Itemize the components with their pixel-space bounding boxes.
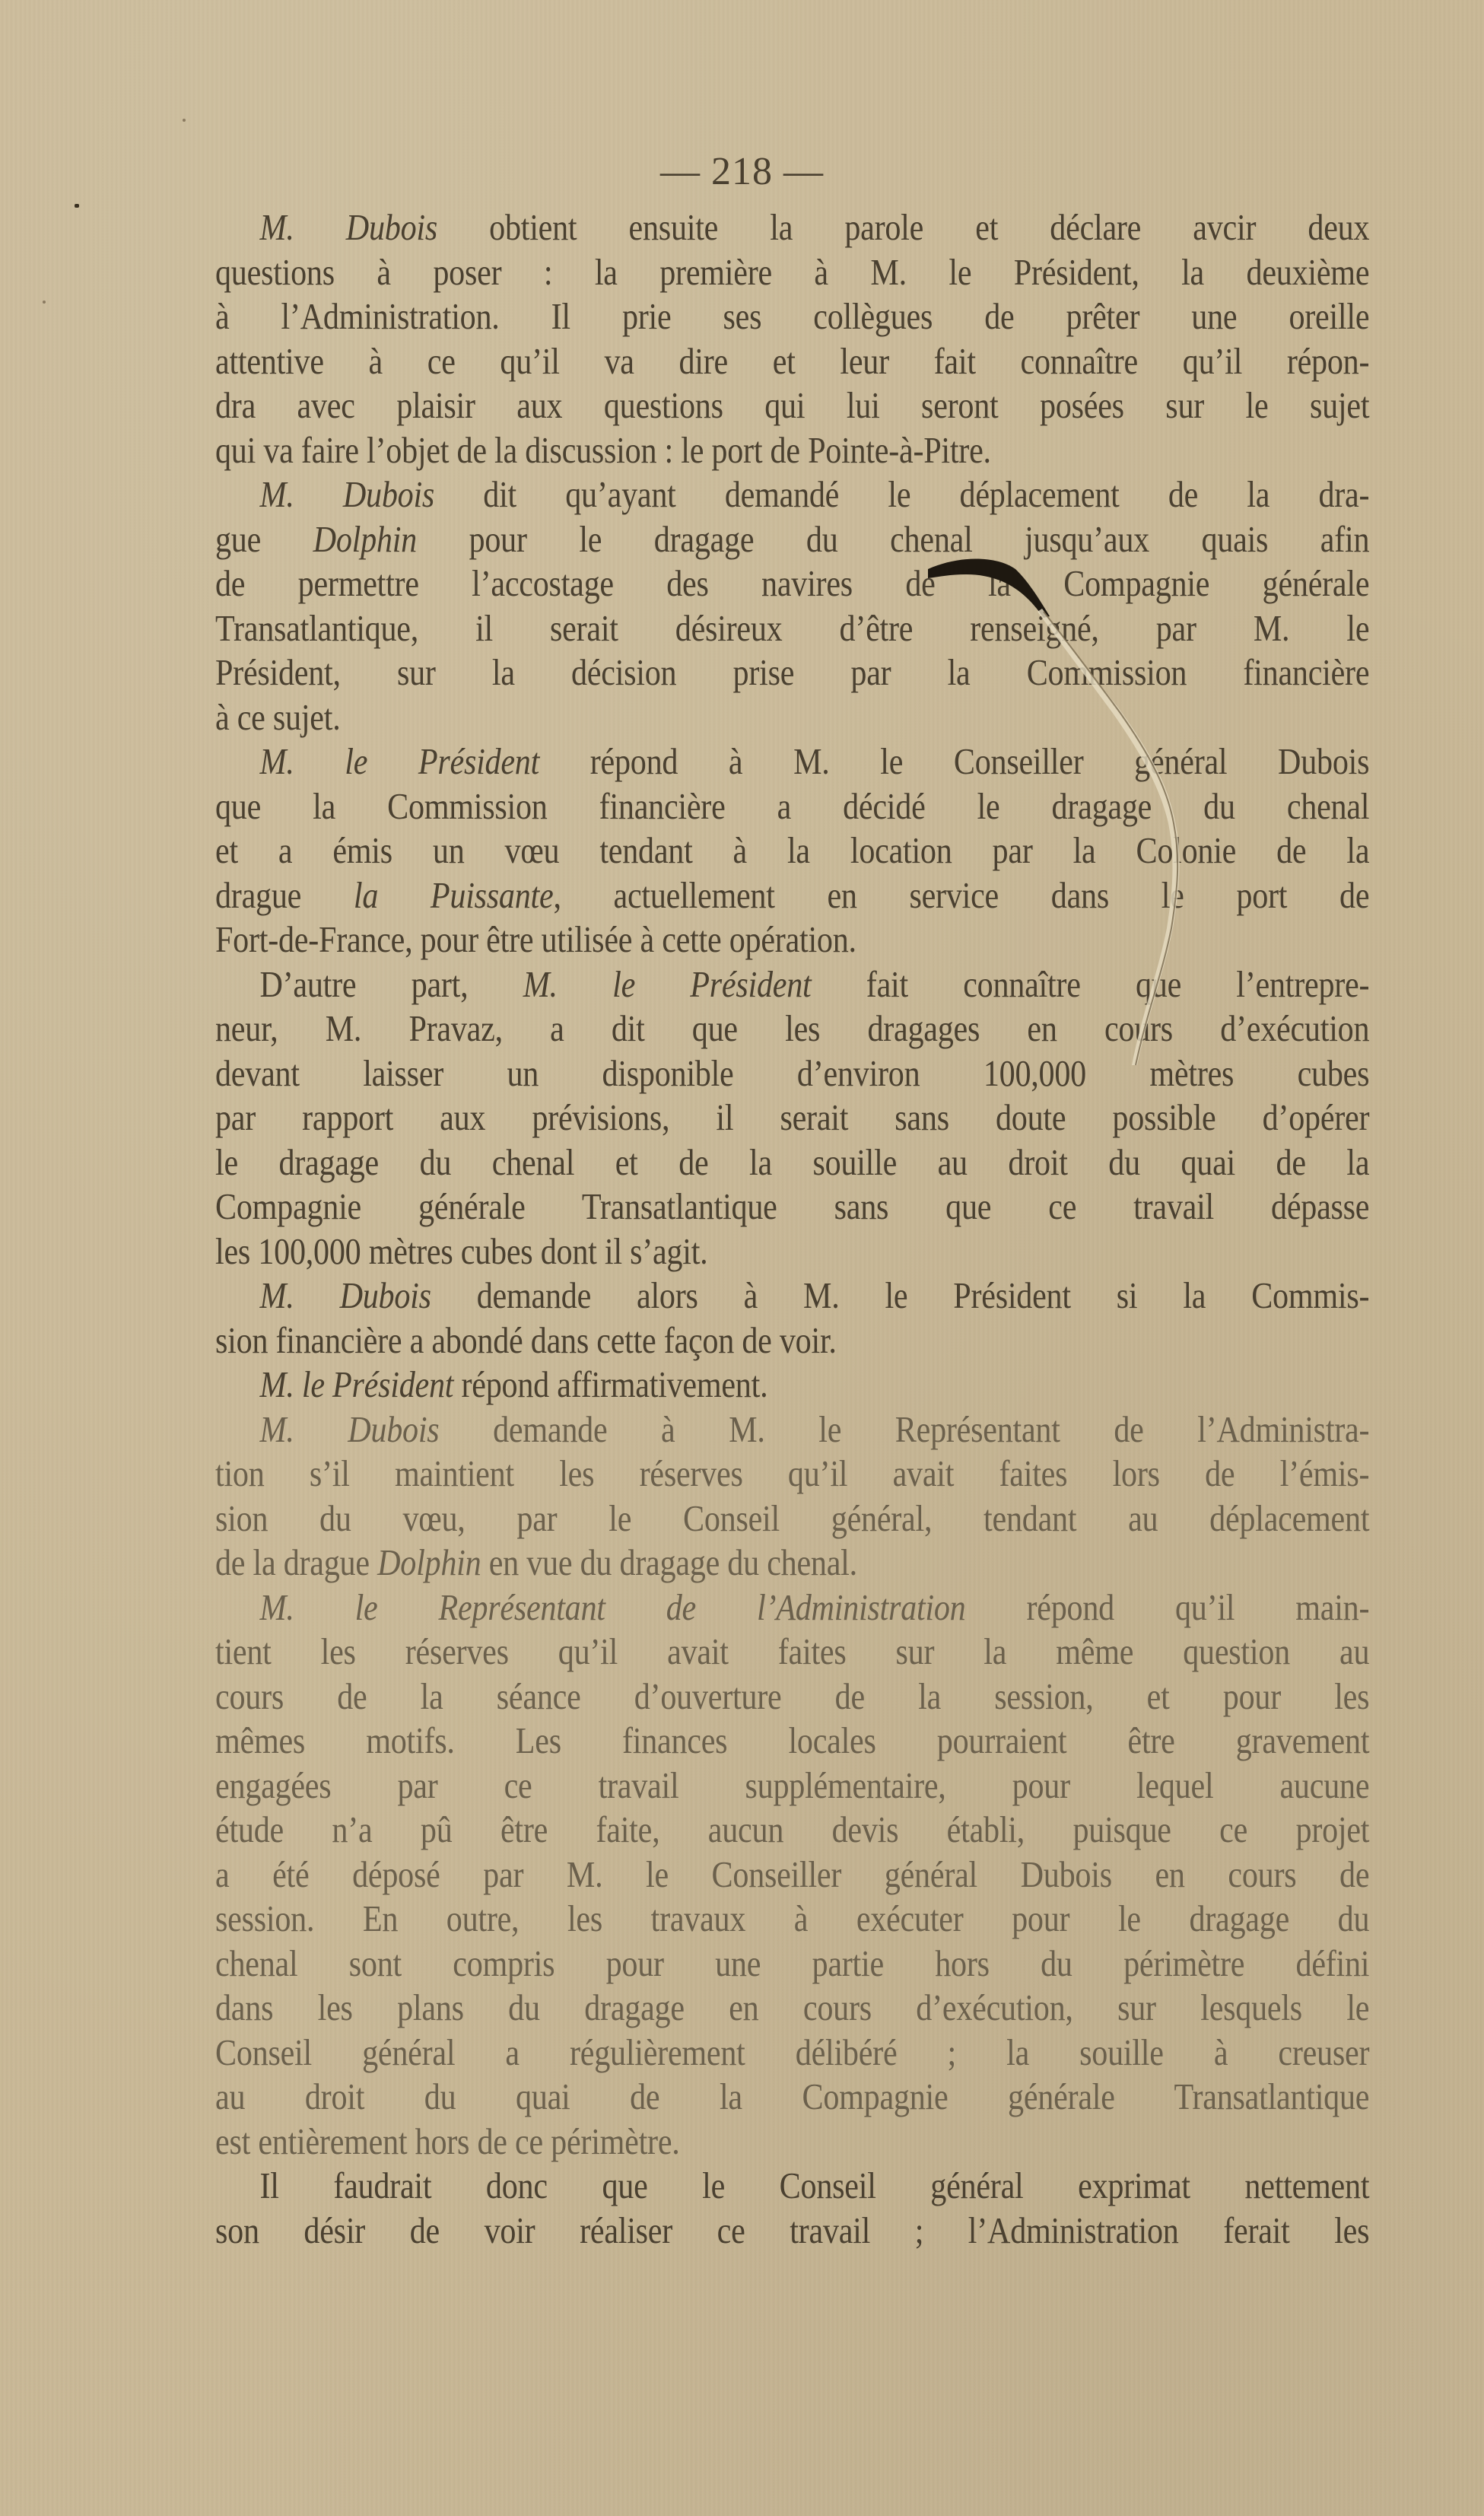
text-run: chenal sont compris pour une partie hors…	[215, 1942, 1369, 1984]
text-line: Président, sur la décision prise par la …	[215, 650, 1369, 695]
italic-name: M. le Président	[523, 963, 812, 1005]
text-run: fait connaître que l’entrepre-	[812, 963, 1370, 1005]
text-run: étude n’a pû être faite, aucun devis éta…	[215, 1808, 1369, 1850]
text-run: devant laisser un disponible d’environ 1…	[215, 1052, 1369, 1094]
text-run: dans les plans du dragage en cours d’exé…	[215, 1986, 1369, 2028]
text-line: M. le Représentant de l’Administration r…	[215, 1586, 1369, 1630]
text-run: par rapport aux prévisions, il serait sa…	[215, 1096, 1369, 1138]
text-run: qui va faire l’objet de la discussion : …	[215, 429, 991, 471]
text-line: de permettre l’accostage des navires de …	[215, 561, 1369, 606]
text-run: drague	[215, 874, 354, 916]
text-line: qui va faire l’objet de la discussion : …	[215, 428, 1369, 473]
text-line: étude n’a pû être faite, aucun devis éta…	[215, 1808, 1369, 1853]
text-run: les 100,000 mètres cubes dont il s’agit.	[215, 1230, 707, 1272]
text-line: M. Dubois demande alors à M. le Présiden…	[215, 1274, 1369, 1318]
italic-name: Dolphin	[313, 518, 417, 560]
text-line: à ce sujet.	[215, 695, 1369, 740]
text-run: dra avec plaisir aux questions qui lui s…	[215, 384, 1369, 426]
text-line: Il faudrait donc que le Conseil général …	[215, 2164, 1369, 2209]
italic-name: Dolphin	[377, 1541, 481, 1583]
text-run: questions à poser : la première à M. le …	[215, 251, 1369, 293]
text-run: le dragage du chenal et de la souille au…	[215, 1141, 1369, 1183]
text-line: M. le Président répond à M. le Conseille…	[215, 740, 1369, 784]
text-run: Conseil général a régulièrement délibéré…	[215, 2031, 1369, 2073]
text-line: Fort-de-France, pour être utilisée à cet…	[215, 918, 1369, 962]
text-line: M. Dubois dit qu’ayant demandé le déplac…	[215, 472, 1369, 517]
text-run: répond qu’il main-	[965, 1586, 1369, 1628]
text-run: Compagnie générale Transatlantique sans …	[215, 1185, 1369, 1227]
text-run: Président, sur la décision prise par la …	[215, 651, 1369, 693]
text-line: le dragage du chenal et de la souille au…	[215, 1140, 1369, 1185]
text-run: Il faudrait donc que le Conseil général …	[259, 2165, 1369, 2206]
text-line: Compagnie générale Transatlantique sans …	[215, 1185, 1369, 1229]
text-run: demande alors à M. le Président si la Co…	[431, 1274, 1369, 1316]
text-run: pour le dragage du chenal jusqu’aux quai…	[417, 518, 1369, 560]
italic-name: M. Dubois	[259, 473, 434, 515]
text-run: de la drague	[215, 1541, 377, 1583]
text-line: au droit du quai de la Compagnie général…	[215, 2075, 1369, 2120]
text-run: a été déposé par M. le Conseiller généra…	[215, 1853, 1369, 1895]
text-run: obtient ensuite la parole et déclare avc…	[437, 206, 1369, 248]
italic-name: M. le Président	[259, 740, 539, 782]
text-run: neur, M. Pravaz, a dit que les dragages …	[215, 1007, 1369, 1049]
text-run: demande à M. le Représentant de l’Admini…	[439, 1408, 1369, 1450]
text-line: dans les plans du dragage en cours d’exé…	[215, 1986, 1369, 2031]
text-run: et a émis un vœu tendant à la location p…	[215, 829, 1369, 871]
text-run: , actuellement en service dans le port d…	[553, 874, 1369, 916]
text-line: de la drague Dolphin en vue du dragage d…	[215, 1541, 1369, 1586]
text-line: M. Dubois demande à M. le Représentant d…	[215, 1407, 1369, 1452]
text-line: dra avec plaisir aux questions qui lui s…	[215, 383, 1369, 428]
text-line: tion s’il maintient les réserves qu’il a…	[215, 1452, 1369, 1497]
text-line: attentive à ce qu’il va dire et leur fai…	[215, 339, 1369, 384]
text-line: Transatlantique, il serait désireux d’êt…	[215, 606, 1369, 651]
text-line: gue Dolphin pour le dragage du chenal ju…	[215, 517, 1369, 562]
text-line: engagées par ce travail supplémentaire, …	[215, 1764, 1369, 1808]
text-line: session. En outre, les travaux à exécute…	[215, 1897, 1369, 1942]
text-run: au droit du quai de la Compagnie général…	[215, 2075, 1369, 2117]
text-run: attentive à ce qu’il va dire et leur fai…	[215, 340, 1369, 382]
text-line: mêmes motifs. Les finances locales pourr…	[215, 1719, 1369, 1764]
text-run: répond à M. le Conseiller général Dubois	[539, 740, 1369, 782]
text-run: répond affirmativement.	[453, 1363, 767, 1405]
text-run: session. En outre, les travaux à exécute…	[215, 1897, 1369, 1939]
text-line: que la Commission financière a décidé le…	[215, 784, 1369, 829]
text-line: et a émis un vœu tendant à la location p…	[215, 829, 1369, 873]
text-run: tion s’il maintient les réserves qu’il a…	[215, 1452, 1369, 1494]
text-run: son désir de voir réaliser ce travail ; …	[215, 2209, 1369, 2251]
italic-name: M. Dubois	[259, 1274, 431, 1316]
text-line: les 100,000 mètres cubes dont il s’agit.	[215, 1229, 1369, 1274]
text-run: cours de la séance d’ouverture de la ses…	[215, 1675, 1369, 1717]
text-run: sion financière a abondé dans cette faço…	[215, 1319, 837, 1361]
italic-name: la Puissante	[354, 874, 554, 916]
text-run: de permettre l’accostage des navires de …	[215, 562, 1369, 604]
text-line: tient les réserves qu’il avait faites su…	[215, 1630, 1369, 1675]
body-text: M. Dubois obtient ensuite la parole et d…	[215, 205, 1369, 2253]
text-line: D’autre part, M. le Président fait conna…	[215, 962, 1369, 1007]
text-run: tient les réserves qu’il avait faites su…	[215, 1630, 1369, 1672]
italic-name: M. Dubois	[259, 1408, 439, 1450]
text-run: que la Commission financière a décidé le…	[215, 785, 1369, 827]
text-run: Transatlantique, il serait désireux d’êt…	[215, 607, 1369, 649]
text-run: Fort-de-France, pour être utilisée à cet…	[215, 918, 856, 960]
italic-name: M. le Président	[259, 1363, 453, 1405]
text-line: M. Dubois obtient ensuite la parole et d…	[215, 205, 1369, 250]
text-line: est entièrement hors de ce périmètre.	[215, 2120, 1369, 2165]
text-line: cours de la séance d’ouverture de la ses…	[215, 1675, 1369, 1719]
text-line: sion du vœu, par le Conseil général, ten…	[215, 1497, 1369, 1541]
text-run: est entièrement hors de ce périmètre.	[215, 2120, 680, 2162]
page-number: — 218 —	[0, 149, 1484, 194]
text-run: à ce sujet.	[215, 696, 340, 738]
italic-name: M. Dubois	[259, 206, 437, 248]
text-run: D’autre part,	[259, 963, 523, 1005]
text-line: chenal sont compris pour une partie hors…	[215, 1942, 1369, 1986]
text-line: a été déposé par M. le Conseiller généra…	[215, 1853, 1369, 1897]
text-run: mêmes motifs. Les finances locales pourr…	[215, 1719, 1369, 1761]
text-line: sion financière a abondé dans cette faço…	[215, 1318, 1369, 1363]
text-line: neur, M. Pravaz, a dit que les dragages …	[215, 1007, 1369, 1051]
italic-name: M. le Représentant de l’Administration	[259, 1586, 965, 1628]
text-line: drague la Puissante, actuellement en ser…	[215, 873, 1369, 918]
text-line: Conseil général a régulièrement délibéré…	[215, 2031, 1369, 2075]
text-run: gue	[215, 518, 313, 560]
text-run: dit qu’ayant demandé le déplacement de l…	[434, 473, 1369, 515]
text-line: son désir de voir réaliser ce travail ; …	[215, 2209, 1369, 2254]
text-line: devant laisser un disponible d’environ 1…	[215, 1051, 1369, 1096]
text-line: questions à poser : la première à M. le …	[215, 250, 1369, 295]
text-line: à l’Administration. Il prie ses collègue…	[215, 294, 1369, 339]
text-run: en vue du dragage du chenal.	[481, 1541, 856, 1583]
text-line: M. le Président répond affirmativement.	[215, 1363, 1369, 1407]
text-run: à l’Administration. Il prie ses collègue…	[215, 295, 1369, 337]
text-run: engagées par ce travail supplémentaire, …	[215, 1764, 1369, 1806]
text-line: par rapport aux prévisions, il serait sa…	[215, 1096, 1369, 1140]
text-run: sion du vœu, par le Conseil général, ten…	[215, 1497, 1369, 1539]
